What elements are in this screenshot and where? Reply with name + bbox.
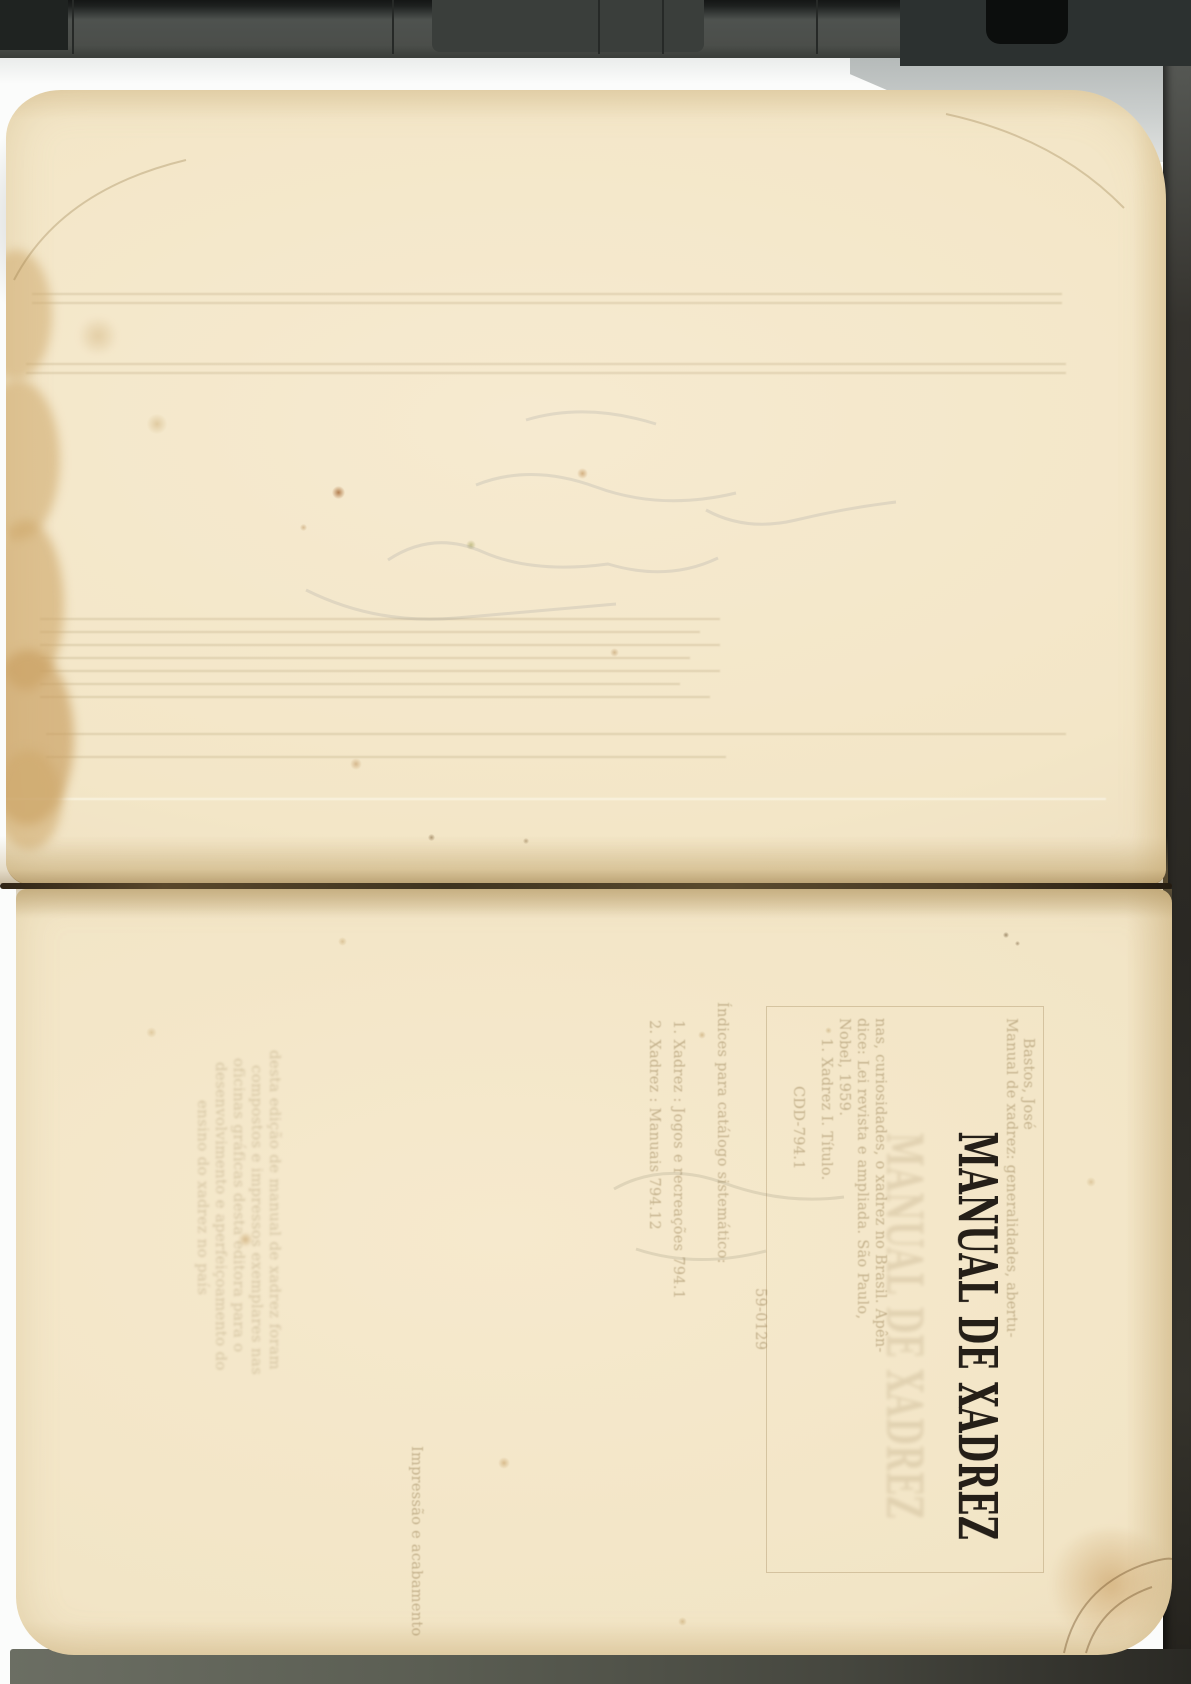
lid-seam	[598, 0, 600, 54]
spine-shadow-lower	[16, 889, 1172, 919]
scanned-book-spread: MANUAL DE XADREZ MANUAL DE XADREZ Bastos…	[0, 0, 1191, 1684]
blank-verso-page	[6, 90, 1166, 886]
lid-seam	[816, 0, 818, 54]
corner-crease-marks	[16, 889, 1172, 1655]
ghost-handwriting-marks	[6, 90, 1166, 885]
scanner-bed-glow	[0, 56, 905, 84]
lid-seam	[662, 0, 664, 54]
lid-seam	[392, 0, 394, 54]
lid-segment	[0, 0, 68, 50]
title-page: MANUAL DE XADREZ MANUAL DE XADREZ Bastos…	[16, 889, 1172, 1655]
lid-seam	[72, 0, 74, 54]
scanner-lid-bar	[0, 0, 1191, 58]
lid-handle-notch	[986, 0, 1068, 44]
spine-shadow-upper	[0, 836, 1168, 884]
